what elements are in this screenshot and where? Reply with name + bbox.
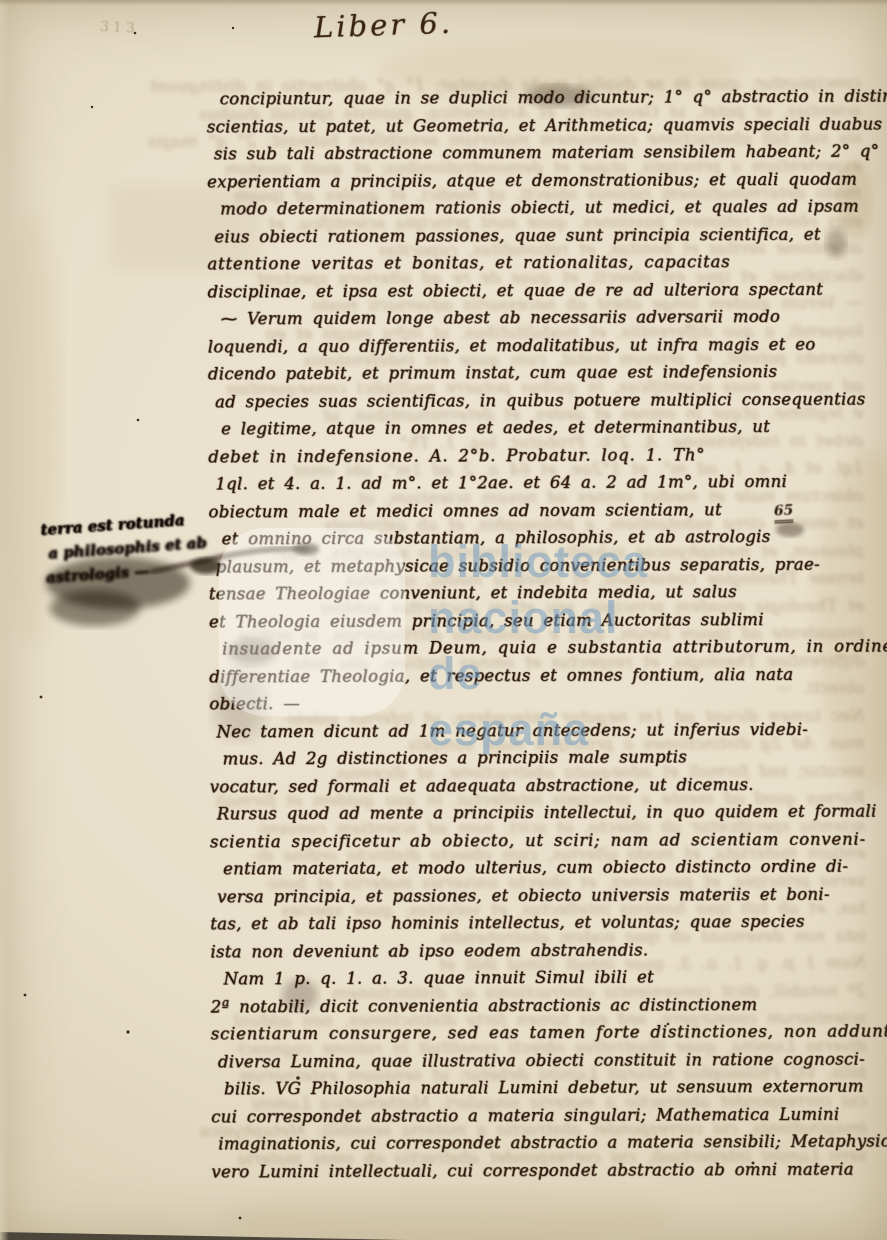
manuscript-line: debet in indefensione. A. 2°b. Probatur.…: [208, 440, 876, 470]
manuscript-line: imaginationis, cui correspondet abstract…: [218, 1128, 879, 1158]
manuscript-text-block: concipiuntur, quae in se duplici modo di…: [207, 83, 880, 1186]
manuscript-line: experientiam a principiis, atque et demo…: [207, 165, 875, 195]
manuscript-line: vocatur, sed formali et adaequata abstra…: [210, 770, 878, 800]
manuscript-line: attentione veritas et bonitas, et ration…: [207, 248, 875, 278]
manuscript-line: loquendi, a quo differentiis, et modalit…: [208, 330, 876, 360]
manuscript-line: et Theologia eiusdem principia, seu etia…: [209, 605, 877, 635]
manuscript-line: ista non deveniunt ab ipso eodem abstrah…: [210, 935, 878, 965]
manuscript-line: concipiuntur, quae in se duplici modo di…: [220, 83, 875, 113]
manuscript-line: insuadente ad ipsum Deum, quia e substan…: [222, 633, 877, 663]
manuscript-line: 1ql. et 4. a. 1. ad m°. et 1°2ae. et 64 …: [215, 468, 876, 498]
manuscript-line: bilis. VG Philosophia naturali Lumini de…: [224, 1073, 879, 1103]
margin-annotation: terra est rotundaa philosophis et abastr…: [40, 506, 215, 590]
manuscript-line: cui correspondet abstractio a materia si…: [211, 1100, 879, 1130]
manuscript-line: Nam 1 p. q. 1. a. 3. quae innuit Simul i…: [223, 963, 878, 993]
manuscript-line: 2ª notabili, dicit convenientia abstract…: [211, 990, 879, 1020]
manuscript-line: scientiarum consurgere, sed eas tamen fo…: [211, 1018, 879, 1048]
manuscript-line: scientias, ut patet, ut Geometria, et Ar…: [207, 110, 875, 140]
manuscript-line: Rursus quod ad mente a principiis intell…: [217, 798, 878, 828]
scan-stage: concipiuntur, quae in se duplici modo di…: [0, 0, 887, 1240]
manuscript-line: ad species suas scientificas, in quibus …: [215, 385, 876, 415]
manuscript-line: Nec tamen dicunt ad 1m negatur anteceden…: [216, 715, 877, 745]
book-header-title: Liber 6.: [313, 6, 453, 45]
manuscript-line: obiecti. —: [209, 688, 877, 718]
manuscript-line: tas, et ab tali ipso hominis intellectus…: [210, 908, 878, 938]
manuscript-line: eius obiecti rationem passiones, quae su…: [214, 220, 875, 250]
manuscript-line: mus. Ad 2g distinctiones a principiis ma…: [222, 743, 877, 773]
manuscript-line: plausum, et metaphysicae subsidio conven…: [216, 550, 877, 580]
manuscript-line: vero Lumini intellectuali, cui correspon…: [211, 1155, 879, 1185]
manuscript-line: ⁓ Verum quidem longe abest ab necessarii…: [221, 303, 876, 333]
manuscript-line: tensae Theologiae conveniunt, et indebit…: [209, 578, 877, 608]
manuscript-line: diversa Lumina, quae illustrativa obiect…: [218, 1045, 879, 1075]
manuscript-line: modo determinationem rationis obiecti, u…: [220, 193, 875, 223]
manuscript-line: dicendo patebit, et primum instat, cum q…: [208, 358, 876, 388]
manuscript-line: scientia specificetur ab obiecto, ut sci…: [210, 825, 878, 855]
manuscript-line: disciplinae, et ipsa est obiecti, et qua…: [207, 275, 875, 305]
manuscript-line: e legitime, atque in omnes et aedes, et …: [221, 413, 876, 443]
manuscript-line: versa principia, et passiones, et obiect…: [217, 880, 878, 910]
manuscript-line: entiam materiata, et modo ulterius, cum …: [223, 853, 878, 883]
manuscript-scan-page: { "page": { "header": "Liber 6.", "folio…: [0, 0, 887, 1240]
folio-number: 313: [100, 19, 140, 37]
manuscript-line: et omnino circa substantiam, a philosoph…: [222, 523, 877, 553]
manuscript-line: sis sub tali abstractione communem mater…: [214, 138, 875, 168]
manuscript-line: differentiae Theologia, et respectus et …: [209, 660, 877, 690]
underlined-numeral: 65: [773, 503, 794, 524]
paper-left-edge: [0, 0, 9, 1240]
